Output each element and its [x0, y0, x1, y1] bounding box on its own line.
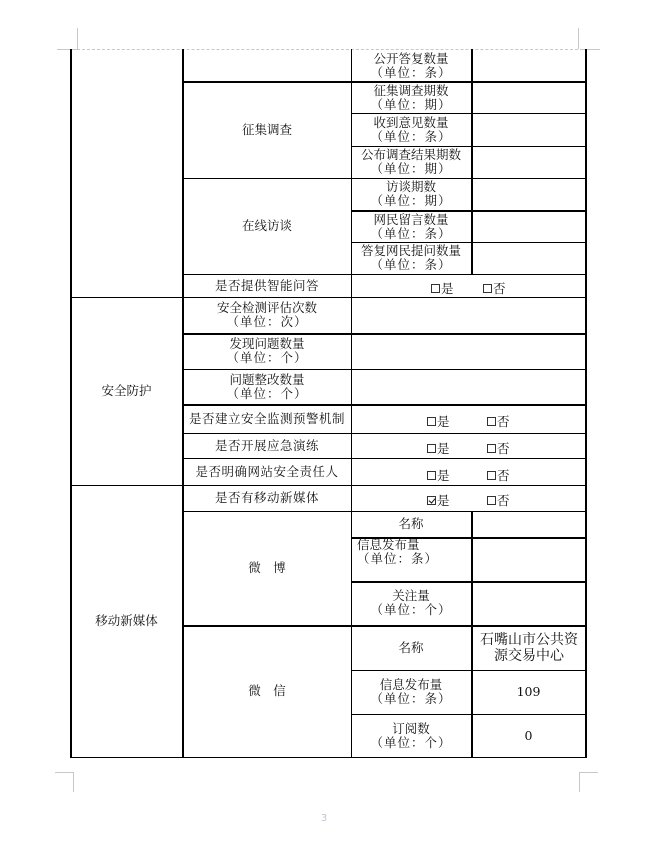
item-unit: （单位：条）	[370, 227, 451, 241]
item-label: 问题整改数量	[229, 373, 304, 387]
option-no-label: 否	[497, 412, 510, 430]
item-cell-opinions-received: 收到意见数量 （单位：条）	[351, 113, 471, 146]
item-cell-public-replies: 公开答复数量 （单位：条）	[351, 50, 471, 81]
option-yes-label: 是	[437, 412, 450, 430]
checkbox-checked-icon[interactable]	[427, 496, 436, 505]
checkbox-icon[interactable]	[487, 444, 496, 453]
item-label: 名称	[398, 641, 423, 655]
item-label: 信息发布量	[380, 678, 443, 692]
option-yes[interactable]: 是	[427, 439, 450, 457]
checkbox-icon[interactable]	[427, 471, 436, 480]
item-label: 安全检测评估次数	[217, 301, 317, 315]
option-no[interactable]: 否	[483, 279, 506, 297]
item-cell-wechat-subscribers: 订阅数 （单位：个）	[351, 714, 471, 757]
item-cell-monitoring-mechanism: 是否建立安全监测预警机制	[183, 404, 351, 433]
item-unit: （单位：条）	[370, 258, 451, 272]
item-cell-survey-results-published: 公布调查结果期数 （单位：期）	[351, 146, 471, 178]
value-cell-wechat-name[interactable]: 石嘴山市公共资源交易中心	[476, 625, 582, 670]
crop-mark-bottom-left-h	[55, 772, 74, 773]
option-no-label: 否	[497, 491, 510, 509]
crop-mark-bottom-right-v-final	[579, 772, 580, 792]
item-label: 公布调查结果期数	[361, 148, 461, 162]
item-cell-smart-qa: 是否提供智能问答	[183, 274, 351, 297]
crop-mark-top-left-h	[57, 49, 77, 50]
item-cell-survey-periods: 征集调查期数 （单位：期）	[351, 82, 471, 113]
yes-no-security-officer: 是 否	[351, 458, 586, 485]
value-cell-interview-periods[interactable]	[472, 178, 585, 210]
value-cell-wechat-posts[interactable]: 109	[472, 670, 585, 714]
item-cell-weibo-posts: 信息发布量 （单位：条）	[351, 537, 471, 581]
item-cell-wechat-posts: 信息发布量 （单位：条）	[351, 670, 471, 714]
option-yes[interactable]: 是	[431, 279, 454, 297]
value-cell-netizen-messages[interactable]	[472, 211, 585, 242]
option-no-label: 否	[493, 279, 506, 297]
value-cell-problems-fixed[interactable]	[351, 369, 586, 404]
item-cell-has-mobile-media: 是否有移动新媒体	[183, 485, 351, 511]
checkbox-icon[interactable]	[431, 284, 440, 293]
item-cell-interview-periods: 访谈期数 （单位：期）	[351, 178, 471, 210]
item-cell-wechat-name: 名称	[351, 625, 471, 670]
item-cell-problems-found: 发现问题数量 （单位：个）	[183, 333, 351, 369]
option-no[interactable]: 否	[487, 412, 510, 430]
checkbox-icon[interactable]	[427, 444, 436, 453]
checkbox-icon[interactable]	[483, 284, 492, 293]
checkbox-icon[interactable]	[487, 496, 496, 505]
option-yes[interactable]: 是	[427, 466, 450, 484]
page-number: 3	[318, 813, 330, 824]
yes-no-emergency-drill: 是 否	[351, 433, 586, 458]
item-label: 发现问题数量	[229, 337, 304, 351]
crop-mark-top-right-v	[578, 28, 579, 49]
item-cell-emergency-drill: 是否开展应急演练	[183, 433, 351, 458]
option-yes[interactable]: 是	[427, 491, 450, 509]
option-yes-label: 是	[437, 466, 450, 484]
value-cell-survey-results-published[interactable]	[472, 146, 585, 178]
value-cell-wechat-subscribers[interactable]: 0	[472, 714, 585, 757]
item-unit: （单位：条）	[370, 130, 451, 144]
value-cell-survey-periods[interactable]	[472, 82, 585, 113]
group-label-survey: 征集调查	[183, 82, 351, 178]
item-cell-netizen-messages: 网民留言数量 （单位：条）	[351, 211, 471, 242]
option-yes-label: 是	[437, 491, 450, 509]
item-unit: （单位：期）	[370, 162, 451, 176]
item-label: 订阅数	[392, 722, 430, 736]
option-no[interactable]: 否	[487, 439, 510, 457]
item-label: 名称	[398, 517, 423, 531]
group-label-weibo: 微 博	[183, 511, 351, 625]
yes-no-smart-qa: 是 否	[351, 274, 586, 297]
item-label: 网民留言数量	[373, 213, 448, 227]
document-page: 公开答复数量 （单位：条） 征集调查 征集调查期数 （单位：期） 收到意见数量 …	[0, 0, 647, 850]
crop-mark-bottom-left-v	[73, 772, 74, 792]
item-label: 征集调查期数	[373, 84, 448, 98]
value-cell-opinions-received[interactable]	[472, 113, 585, 146]
value-cell-questions-answered[interactable]	[472, 242, 585, 274]
value-cell-problems-found[interactable]	[351, 333, 586, 369]
item-cell-security-officer: 是否明确网站安全责任人	[183, 458, 351, 485]
item-label: 信息发布量	[357, 538, 420, 552]
option-no-label: 否	[497, 466, 510, 484]
section-label-security: 安全防护	[71, 297, 182, 485]
option-no[interactable]: 否	[487, 466, 510, 484]
item-unit: （单位：条）	[370, 692, 451, 706]
item-cell-weibo-followers: 关注量 （单位：个）	[351, 581, 471, 625]
checkbox-icon[interactable]	[487, 417, 496, 426]
value-cell-security-assessments[interactable]	[351, 297, 586, 333]
item-label: 公开答复数量	[373, 52, 448, 66]
checkbox-icon[interactable]	[487, 471, 496, 480]
item-unit: （单位：个）	[226, 351, 307, 365]
item-label: 访谈期数	[386, 180, 436, 194]
value-cell-weibo-name[interactable]	[472, 511, 585, 537]
item-cell-weibo-name: 名称	[351, 511, 471, 537]
yes-no-monitoring-mechanism: 是 否	[351, 404, 586, 433]
item-label: 答复网民提问数量	[361, 244, 461, 258]
item-unit: （单位：个）	[370, 603, 451, 617]
item-cell-problems-fixed: 问题整改数量 （单位：个）	[183, 369, 351, 404]
option-yes-label: 是	[441, 279, 454, 297]
yes-no-has-mobile-media: 是 否	[351, 485, 586, 511]
crop-mark-top-left-v	[77, 28, 78, 49]
item-unit: （单位：期）	[370, 98, 451, 112]
value-cell-public-replies[interactable]	[472, 50, 585, 81]
value-cell-weibo-posts[interactable]	[472, 537, 585, 581]
item-cell-security-assessments: 安全检测评估次数 （单位：次）	[183, 297, 351, 333]
option-yes[interactable]: 是	[427, 412, 450, 430]
checkbox-icon[interactable]	[427, 417, 436, 426]
item-label: 关注量	[392, 589, 430, 603]
crop-mark-bottom-right-h-final	[579, 772, 598, 773]
option-yes-label: 是	[437, 439, 450, 457]
group-label-wechat: 微 信	[183, 625, 351, 757]
item-unit: （单位：期）	[370, 194, 451, 208]
group-label-online-interview: 在线访谈	[183, 178, 351, 274]
item-unit: （单位：个）	[226, 387, 307, 401]
section-label-mobile-media: 移动新媒体	[71, 485, 182, 757]
item-unit: （单位：次）	[226, 315, 307, 329]
item-unit: （单位：条）	[357, 552, 438, 566]
item-cell-questions-answered: 答复网民提问数量 （单位：条）	[351, 242, 471, 274]
option-no-label: 否	[497, 439, 510, 457]
value-cell-weibo-followers[interactable]	[472, 581, 585, 625]
item-label: 收到意见数量	[373, 116, 448, 130]
item-unit: （单位：条）	[370, 66, 451, 80]
item-unit: （单位：个）	[370, 736, 451, 750]
option-no[interactable]: 否	[487, 491, 510, 509]
